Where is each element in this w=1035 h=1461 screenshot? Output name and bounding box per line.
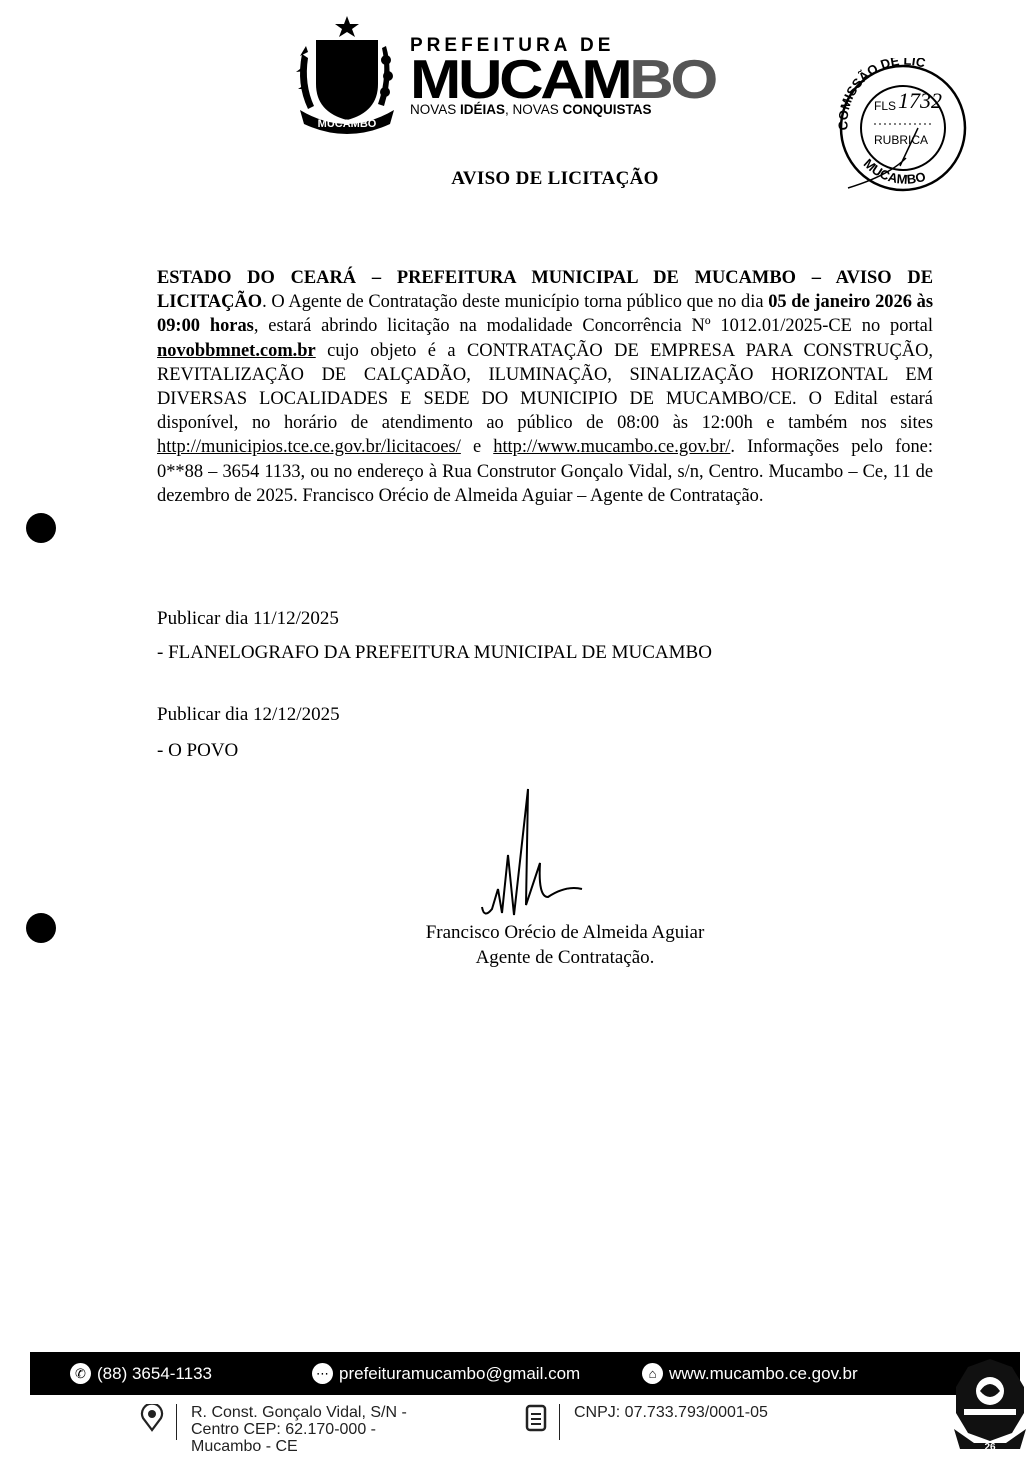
tce-link[interactable]: http://municipios.tce.ce.gov.br/licitaco… [157,436,461,457]
notice-body: ESTADO DO CEARÁ – PREFEITURA MUNICIPAL D… [157,266,933,508]
publication-date-2: Publicar dia 12/12/2025 [157,704,340,726]
publication-outlet-2: - O POVO [157,740,238,762]
handwritten-signature [470,785,600,925]
footer-phone: ✆ (88) 3654-1133 [70,1363,212,1384]
signer-block: Francisco Orécio de Almeida Aguiar Agent… [380,920,750,970]
footer-website[interactable]: ⌂ www.mucambo.ce.gov.br [642,1363,858,1384]
svg-text:FLS: FLS [874,99,896,113]
punch-hole [26,913,56,943]
signer-name: Francisco Orécio de Almeida Aguiar [380,920,750,945]
publication-date-1: Publicar dia 11/12/2025 [157,608,339,630]
publication-outlet-1: - FLANELOGRAFO DA PREFEITURA MUNICIPAL D… [157,642,712,664]
svg-text:MUCAMBO: MUCAMBO [318,118,377,130]
signer-role: Agente de Contratação. [380,945,750,970]
document-icon [525,1404,547,1432]
chat-icon: ⋯ [312,1363,333,1384]
footer-contact-bar: ✆ (88) 3654-1133 ⋯ prefeituramucambo@gma… [30,1352,1020,1395]
footer-address: R. Const. Gonçalo Vidal, S/N - Centro CE… [140,1404,407,1455]
svg-text:1732: 1732 [898,88,942,113]
svg-text:26: 26 [984,1442,996,1453]
document-title: AVISO DE LICITAÇÃO [0,168,1035,190]
wordmark-name: MUCAMBO [410,56,735,102]
location-pin-icon [140,1404,164,1432]
mucambo-site-link[interactable]: http://www.mucambo.ce.gov.br/ [493,436,730,457]
anniversary-seal-logo: 26 [950,1355,1030,1455]
phone-icon: ✆ [70,1363,91,1384]
svg-text:RUBRICA: RUBRICA [874,133,928,147]
footer-cnpj: CNPJ: 07.733.793/0001-05 [525,1404,768,1440]
star-icon [335,16,359,37]
municipal-crest-logo: MUCAMBO [288,14,406,136]
punch-hole [26,513,56,543]
prefeitura-wordmark: PREFEITURA DE MUCAMBO NOVAS IDÉIAS, NOVA… [410,36,700,118]
footer-email[interactable]: ⋯ prefeituramucambo@gmail.com [312,1363,580,1384]
home-icon: ⌂ [642,1363,663,1384]
portal-link[interactable]: novobbmnet.com.br [157,340,316,361]
